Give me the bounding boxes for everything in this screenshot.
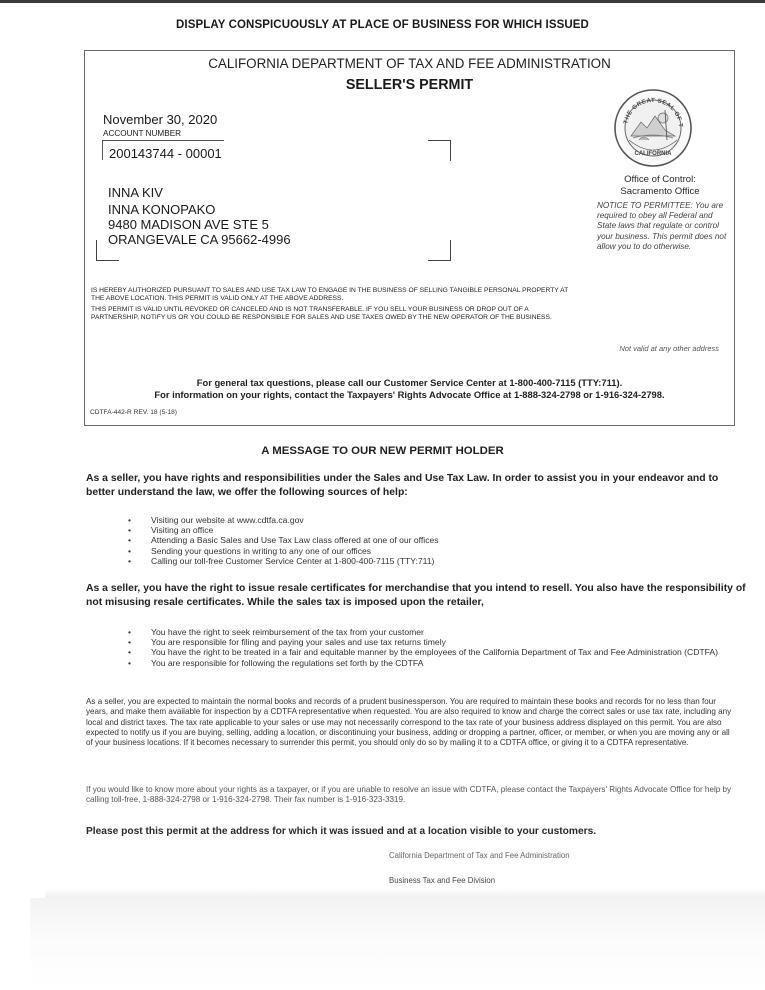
office-of-control-label: Office of Control:: [590, 174, 730, 186]
address-window-corner-bottom-right: [428, 240, 451, 261]
notice-to-permittee: NOTICE TO PERMITTEE: You are required to…: [597, 201, 732, 252]
address-line-owner: INNA KIV: [108, 185, 163, 200]
office-of-control: Office of Control: Sacramento Office: [590, 174, 730, 197]
message-heading: A MESSAGE TO OUR NEW PERMIT HOLDER: [0, 445, 765, 457]
great-seal-of-california-icon: THE GREAT SEAL OF THE STATE OF CALIFORNI…: [613, 88, 693, 168]
list-item: Calling our toll-free Customer Service C…: [128, 556, 508, 566]
list-item: Sending your questions in writing to any…: [128, 546, 508, 556]
list-item: Attending a Basic Sales and Use Tax Law …: [128, 535, 508, 545]
validity-text: THIS PERMIT IS VALID UNTIL REVOKED OR CA…: [91, 306, 571, 323]
address-line-name: INNA KONOPAKO: [108, 202, 215, 217]
address-line-street: 9480 MADISON AVE STE 5: [108, 217, 269, 232]
list-item: You are responsible for following the re…: [128, 658, 738, 668]
display-header: DISPLAY CONSPICUOUSLY AT PLACE OF BUSINE…: [0, 19, 765, 31]
scan-edge: [0, 0, 765, 3]
resale-certificates-paragraph: As a seller, you have the right to issue…: [86, 582, 746, 609]
office-of-control-value: Sacramento Office: [590, 186, 730, 198]
rights-list: You have the right to seek reimbursement…: [128, 627, 738, 668]
records-paragraph: As a seller, you are expected to maintai…: [86, 697, 738, 748]
rights-intro: As a seller, you have rights and respons…: [86, 472, 746, 499]
address-window-corner-top-right: [428, 140, 451, 161]
list-item: You have the right to seek reimbursement…: [128, 627, 738, 637]
signature-agency: California Department of Tax and Fee Adm…: [389, 851, 570, 860]
not-valid-note: Not valid at any other address: [619, 344, 719, 353]
address-line-city: ORANGEVALE CA 95662-4996: [108, 232, 291, 247]
list-item: Visiting our website at www.cdtfa.ca.gov: [128, 515, 508, 525]
help-sources-list: Visiting our website at www.cdtfa.ca.gov…: [128, 515, 508, 566]
list-item: You have the right to be treated in a fa…: [128, 647, 738, 657]
list-item: Visiting an office: [128, 525, 508, 535]
issue-date: November 30, 2020: [103, 112, 217, 127]
svg-text:CALIFORNIA: CALIFORNIA: [635, 151, 673, 157]
authorization-text: IS HEREBY AUTHORIZED PURSUANT TO SALES A…: [91, 287, 571, 304]
advocate-paragraph: If you would like to know more about you…: [86, 785, 738, 806]
form-number: CDTFA-442-R REV. 18 (5-18): [90, 409, 177, 416]
signature-division: Business Tax and Fee Division: [389, 876, 495, 885]
rights-advocate-line: For information on your rights, contact …: [84, 389, 735, 400]
list-item: You are responsible for filing and payin…: [128, 637, 738, 647]
account-number: 200143744 - 00001: [109, 146, 222, 161]
customer-service-line: For general tax questions, please call o…: [84, 377, 735, 388]
closing-instruction: Please post this permit at the address f…: [86, 826, 596, 837]
account-number-label: ACCOUNT NUMBER: [103, 129, 181, 138]
paper-fold: [30, 898, 765, 990]
agency-title: CALIFORNIA DEPARTMENT OF TAX AND FEE ADM…: [84, 56, 735, 71]
